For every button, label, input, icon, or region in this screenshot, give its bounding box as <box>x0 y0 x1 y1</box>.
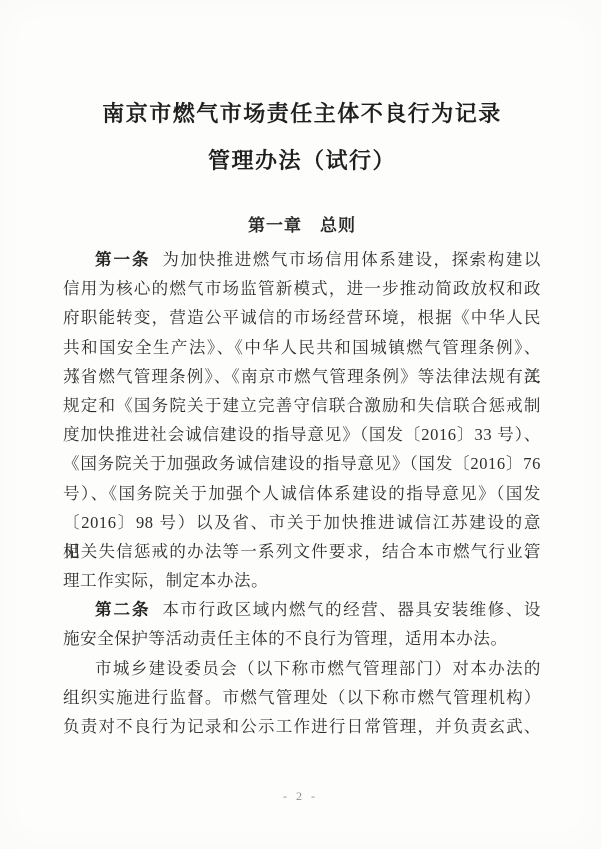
document-line: 号）、《国务院关于加强个人诚信体系建设的指导意见》（国发 <box>63 479 541 508</box>
document-line: 共和国安全生产法》、《中华人民共和国城镇燃气管理条例》、《江 <box>63 333 541 362</box>
document-title-line2: 管理办法（试行） <box>63 137 541 184</box>
document-line: 市城乡建设委员会（以下称市燃气管理部门）对本办法的 <box>63 654 541 683</box>
document-title-line1: 南京市燃气市场责任主体不良行为记录 <box>63 90 541 137</box>
document-line: 负责对不良行为记录和公示工作进行日常管理，并负责玄武、 <box>63 712 541 741</box>
document-line: 〔2016〕98 号）以及省、市关于加快推进诚信江苏建设的意见、 <box>63 508 541 537</box>
document-line: 苏省燃气管理条例》、《南京市燃气管理条例》等法律法规有关 <box>63 362 541 391</box>
document-line: 第一条为加快推进燃气市场信用体系建设，探索构建以 <box>63 245 541 274</box>
document-body: 第一条为加快推进燃气市场信用体系建设，探索构建以信用为核心的燃气市场监管新模式，… <box>63 245 541 741</box>
document-line: 组织实施进行监督。市燃气管理处（以下称市燃气管理机构） <box>63 683 541 712</box>
document-line: 信用为核心的燃气市场监管新模式，进一步推动简政放权和政 <box>63 274 541 303</box>
document-page: 南京市燃气市场责任主体不良行为记录 管理办法（试行） 第一章 总则 第一条为加快… <box>0 0 601 849</box>
article-number: 第一条 <box>95 250 150 269</box>
document-title: 南京市燃气市场责任主体不良行为记录 管理办法（试行） <box>63 0 541 184</box>
document-line: 度加快推进社会诚信建设的指导意见》（国发〔2016〕33 号）、 <box>63 420 541 449</box>
document-line: 第二条本市行政区域内燃气的经营、器具安装维修、设 <box>63 595 541 624</box>
article-number: 第二条 <box>95 600 150 619</box>
document-line: 施安全保护等活动责任主体的不良行为管理，适用本办法。 <box>63 624 541 653</box>
document-content: 南京市燃气市场责任主体不良行为记录 管理办法（试行） 第一章 总则 第一条为加快… <box>63 0 541 741</box>
chapter-heading: 第一章 总则 <box>63 214 541 238</box>
document-line: 《国务院关于加强政务诚信建设的指导意见》（国发〔2016〕76 <box>63 449 541 478</box>
document-line: 规定和《国务院关于建立完善守信联合激励和失信联合惩戒制 <box>63 391 541 420</box>
page-number: - 2 - <box>0 789 601 804</box>
document-line: 相关失信惩戒的办法等一系列文件要求，结合本市燃气行业管 <box>63 537 541 566</box>
document-line: 理工作实际，制定本办法。 <box>63 566 541 595</box>
document-line: 府职能转变，营造公平诚信的市场经营环境，根据《中华人民 <box>63 303 541 332</box>
